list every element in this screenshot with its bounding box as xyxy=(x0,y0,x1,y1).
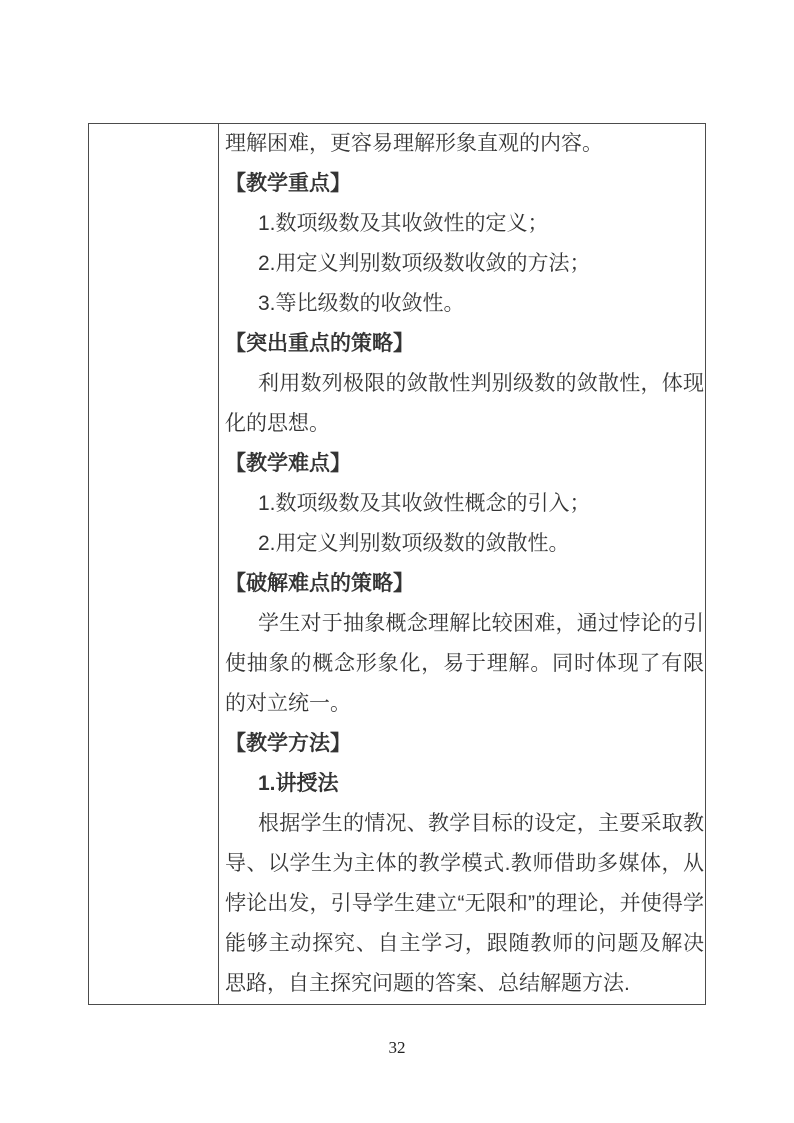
content-line: 1.数项级数及其收敛性的定义； xyxy=(225,204,704,244)
section-heading: 【破解难点的策略】 xyxy=(225,564,704,604)
content-line: 2.用定义判别数项级数的敛散性。 xyxy=(225,524,704,564)
content-line: 根据学生的情况、教学目标的设定，主要采取教师主 xyxy=(225,804,704,844)
content-line: 化的思想。 xyxy=(225,404,704,444)
section-heading: 【突出重点的策略】 xyxy=(225,324,704,364)
content-line: 3.等比级数的收敛性。 xyxy=(225,284,704,324)
content-line: 悖论出发，引导学生建立“无限和”的理论，并使得学生 xyxy=(225,884,704,924)
table-content-cell: 理解困难，更容易理解形象直观的内容。 【教学重点】 1.数项级数及其收敛性的定义… xyxy=(219,124,705,1004)
subsection-heading: 1.讲授法 xyxy=(225,764,704,804)
content-line: 能够主动探究、自主学习，跟随教师的问题及解决问题的 xyxy=(225,924,704,964)
content-line: 导、以学生为主体的教学模式.教师借助多媒体，从芝诺的 xyxy=(225,844,704,884)
content-line: 思路，自主探究问题的答案、总结解题方法. xyxy=(225,964,704,1004)
content-line: 理解困难，更容易理解形象直观的内容。 xyxy=(225,124,704,164)
content-line: 1.数项级数及其收敛性概念的引入； xyxy=(225,484,704,524)
page-number: 32 xyxy=(0,1038,794,1058)
content-line: 学生对于抽象概念理解比较困难，通过悖论的引入， xyxy=(225,604,704,644)
document-table: 理解困难，更容易理解形象直观的内容。 【教学重点】 1.数项级数及其收敛性的定义… xyxy=(88,123,706,1005)
section-heading: 【教学方法】 xyxy=(225,724,704,764)
page: { "document": { "page_number": "32", "ta… xyxy=(0,0,794,1123)
content-line: 使抽象的概念形象化，易于理解。同时体现了有限和无限 xyxy=(225,644,704,684)
table-left-cell xyxy=(89,124,219,1004)
content-line: 利用数列极限的敛散性判别级数的敛散性，体现了转 xyxy=(225,364,704,404)
content-line: 2.用定义判别数项级数收敛的方法； xyxy=(225,244,704,284)
section-heading: 【教学重点】 xyxy=(225,164,704,204)
content-line: 的对立统一。 xyxy=(225,684,704,724)
section-heading: 【教学难点】 xyxy=(225,444,704,484)
